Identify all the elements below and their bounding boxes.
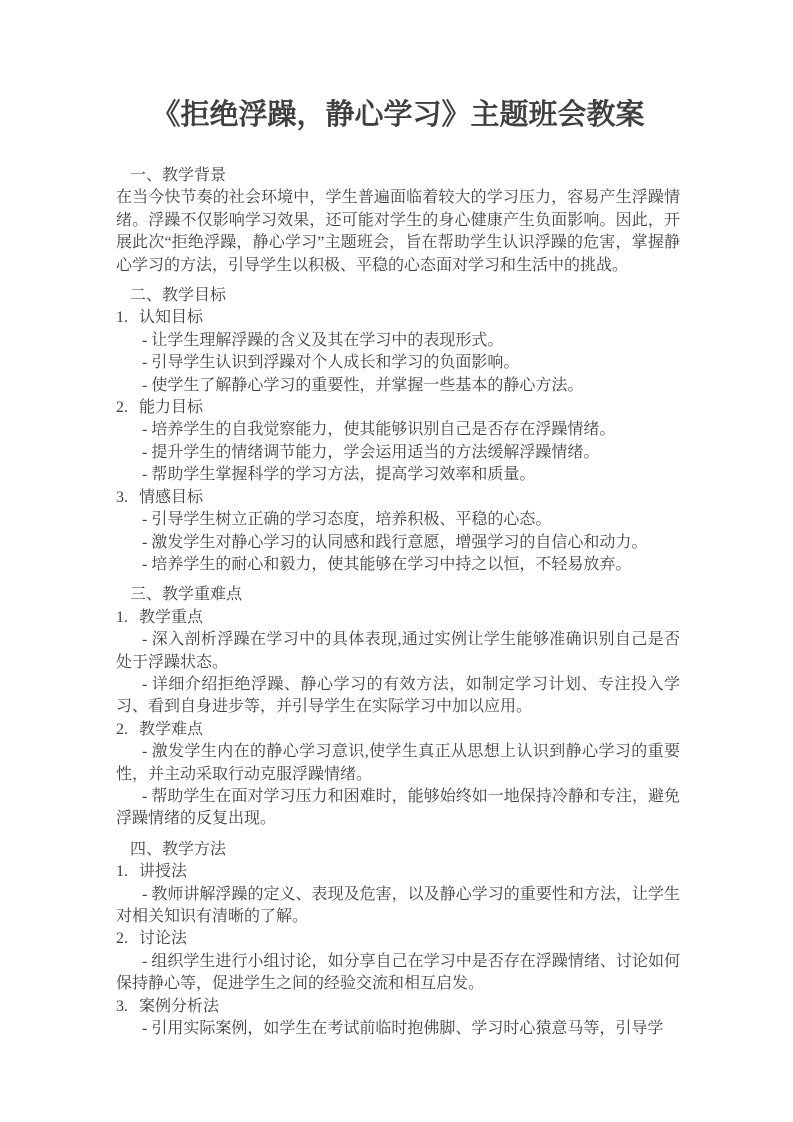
bullet-line: - 激发学生对静心学习的认同感和践行意愿，增强学习的自信心和动力。 [116,532,680,554]
list-item: 1.教学重点 [116,607,680,629]
list-item-label: 案例分析法 [139,998,219,1015]
bullet-line: - 深入剖析浮躁在学习中的具体表现,通过实例让学生能够准确识别自己是否处于浮躁状… [116,629,680,674]
bullet-line: - 详细介绍拒绝浮躁、静心学习的有效方法，如制定学习计划、专注投入学习、看到自身… [116,674,680,719]
section-teaching-objectives: 二、教学目标 1.认知目标 - 让学生理解浮躁的含义及其在学习中的表现形式。 -… [116,285,680,576]
bullet-line: - 使学生了解静心学习的重要性，并掌握一些基本的静心方法。 [116,375,680,397]
list-item-number: 1. [116,861,139,883]
section-heading: 一、教学背景 [116,165,680,187]
bullet-line: - 帮助学生掌握科学的学习方法，提高学习效率和质量。 [116,464,680,486]
bullet-line: - 引导学生认识到浮躁对个人成长和学习的负面影响。 [116,352,680,374]
document-page: 《拒绝浮躁，静心学习》主题班会教案 一、教学背景 在当今快节奏的社会环境中，学生… [0,0,793,1122]
list-item-number: 3. [116,996,139,1018]
bullet-line: - 组织学生进行小组讨论，如分享自己在学习中是否存在浮躁情绪、讨论如何保持静心等… [116,951,680,996]
list-item: 3.情感目标 [116,487,680,509]
body-paragraph: 在当今快节奏的社会环境中，学生普遍面临着较大的学习压力，容易产生浮躁情绪。浮躁不… [116,187,680,277]
list-item-label: 能力目标 [139,399,203,416]
list-item-label: 讲授法 [139,863,187,880]
list-item-number: 1. [116,307,139,329]
bullet-line: - 培养学生的耐心和毅力，使其能够在学习中持之以恒，不轻易放弃。 [116,554,680,576]
list-item-number: 3. [116,487,139,509]
list-item: 3.案例分析法 [116,996,680,1018]
section-heading: 四、教学方法 [116,839,680,861]
list-item-number: 2. [116,397,139,419]
list-item: 1.认知目标 [116,307,680,329]
bullet-line: - 教师讲解浮躁的定义、表现及危害，以及静心学习的重要性和方法，让学生对相关知识… [116,884,680,929]
bullet-line: - 提升学生的情绪调节能力，学会运用适当的方法缓解浮躁情绪。 [116,442,680,464]
bullet-line: - 帮助学生在面对学习压力和困难时，能够始终如一地保持冷静和专注，避免浮躁情绪的… [116,786,680,831]
section-teaching-methods: 四、教学方法 1.讲授法 - 教师讲解浮躁的定义、表现及危害，以及静心学习的重要… [116,839,680,1041]
section-teaching-background: 一、教学背景 在当今快节奏的社会环境中，学生普遍面临着较大的学习压力，容易产生浮… [116,165,680,277]
section-key-difficult-points: 三、教学重难点 1.教学重点 - 深入剖析浮躁在学习中的具体表现,通过实例让学生… [116,584,680,830]
bullet-line: - 引导学生树立正确的学习态度，培养积极、平稳的心态。 [116,509,680,531]
list-item-label: 教学难点 [139,721,203,738]
bullet-line: - 培养学生的自我觉察能力，使其能够识别自己是否存在浮躁情绪。 [116,419,680,441]
bullet-line: - 引用实际案例，如学生在考试前临时抱佛脚、学习时心猿意马等，引导学 [116,1018,680,1040]
list-item-label: 认知目标 [139,309,203,326]
document-title: 《拒绝浮躁，静心学习》主题班会教案 [116,99,680,132]
list-item: 2.能力目标 [116,397,680,419]
list-item-label: 情感目标 [139,489,203,506]
section-heading: 三、教学重难点 [116,584,680,606]
bullet-line: - 激发学生内在的静心学习意识,使学生真正从思想上认识到静心学习的重要性，并主动… [116,741,680,786]
bullet-line: - 让学生理解浮躁的含义及其在学习中的表现形式。 [116,330,680,352]
list-item: 2.教学难点 [116,719,680,741]
list-item-label: 讨论法 [139,930,187,947]
section-heading: 二、教学目标 [116,285,680,307]
list-item-number: 2. [116,928,139,950]
list-item: 1.讲授法 [116,861,680,883]
list-item-label: 教学重点 [139,609,203,626]
list-item: 2.讨论法 [116,928,680,950]
list-item-number: 1. [116,607,139,629]
list-item-number: 2. [116,719,139,741]
